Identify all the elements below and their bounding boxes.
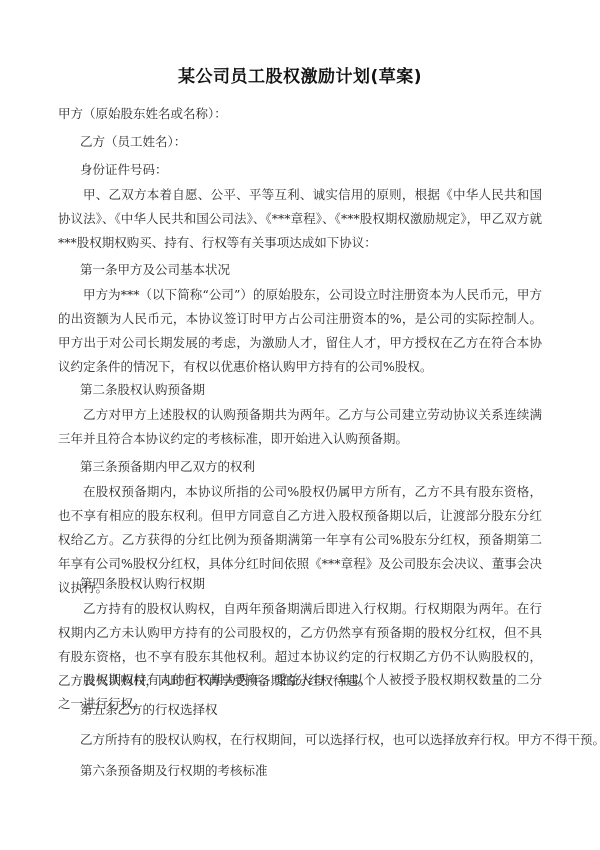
document-title: 某公司员工股权激励计划(草案) <box>0 62 600 87</box>
section-5-paragraph: 乙方所持有的股权认购权，在行权期间，可以选择行权，也可以选择放弃行权。甲方不得干… <box>80 730 600 748</box>
section-2-paragraph: 乙方对甲方上述股权的认购预备期共为两年。乙方与公司建立劳动协议关系连续满三年并且… <box>58 403 542 451</box>
section-1-paragraph: 甲方为***（以下简称“公司”）的原始股东，公司设立时注册资本为人民币元，甲方的… <box>58 283 542 379</box>
party-b-label: 乙方（员工姓名）： <box>80 132 186 150</box>
section-6-heading: 第六条预备期及行权期的考核标准 <box>80 761 268 779</box>
preamble-paragraph: 甲、乙双方本着自愿、公平、平等互利、诚实信用的原则，根据《中华人民共和国协议法》… <box>58 183 542 255</box>
section-2-heading: 第二条股权认购预备期 <box>80 380 205 398</box>
section-3-heading: 第三条预备期内甲乙双方的权利 <box>80 457 255 475</box>
section-4-heading: 第四条股权认购行权期 <box>80 574 205 592</box>
document-page: 某公司员工股权激励计划(草案) 甲方（原始股东姓名或名称）： 乙方（员工姓名）：… <box>0 0 600 850</box>
id-number-label: 身份证件号码： <box>80 160 168 178</box>
section-1-heading: 第一条甲方及公司基本状况 <box>80 260 230 278</box>
party-a-label: 甲方（原始股东姓名或名称）： <box>58 104 227 122</box>
section-5-heading: 第五条乙方的行权选择权 <box>80 700 218 718</box>
